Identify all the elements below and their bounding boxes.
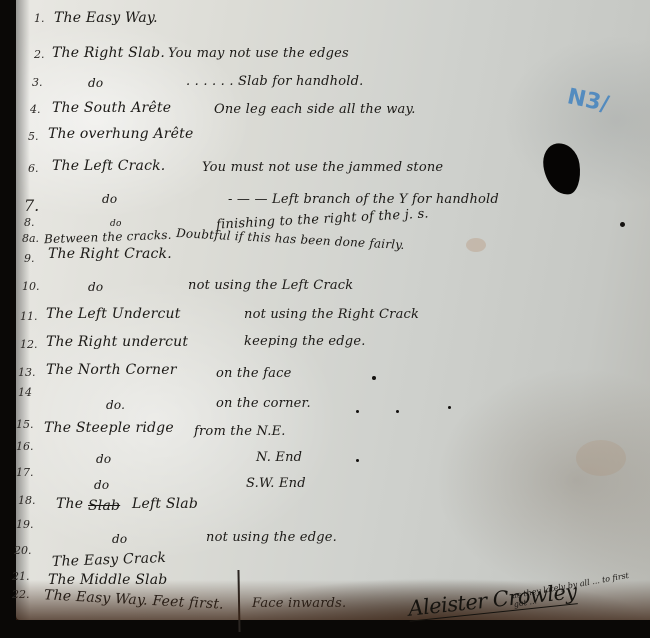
entry-name: The Right undercut (46, 334, 188, 350)
entry-name: The Middle Slab (48, 572, 167, 588)
entry-number: 1. (34, 12, 45, 25)
entry-name: The Right Crack. (48, 246, 172, 262)
blue-pencil-mark: N3/ (563, 84, 610, 128)
entry-note: N. End (256, 450, 302, 465)
entry-name: The South Arête (52, 100, 171, 116)
ink-dot (372, 376, 376, 380)
entry-note: . . . . . . Slab for handhold. (186, 74, 363, 89)
ink-dot (356, 459, 359, 462)
entry-name: The overhung Arête (48, 126, 193, 142)
entry-number: 19. (16, 518, 34, 531)
entry-name: do (112, 532, 127, 546)
entry-note: Doubtful if this has been done fairly. (176, 226, 405, 252)
entry-number: 2. (34, 48, 45, 61)
ink-dot (620, 222, 625, 227)
stain (466, 238, 486, 252)
entry-number: 8a. (22, 232, 39, 245)
entry-name: The Easy Way. Feet first. (44, 587, 224, 612)
entry-number: 12. (20, 338, 38, 351)
entry-note: - — — Left branch of the Y for handhold (228, 192, 499, 207)
entry-number: 14 (18, 386, 32, 399)
entry-name: do (94, 478, 109, 492)
entry-note: on the face (216, 366, 292, 381)
entry-name: The Left Crack. (52, 158, 165, 174)
entry-note: from the N.E. (194, 424, 286, 439)
entry-struck-word: Slab (88, 498, 120, 514)
entry-note: keeping the edge. (244, 334, 366, 349)
handwritten-page: N3/ 1. The Easy Way. 2. The Right Slab. … (16, 0, 650, 620)
entry-above-note: finishing to the right of the j. s. (216, 206, 429, 232)
entry-number: 8. (24, 216, 35, 229)
entry-name: The (56, 496, 83, 512)
entry-name: do (88, 280, 103, 294)
entry-number: 5. (28, 130, 39, 143)
entry-name: do (88, 76, 103, 90)
ink-dot (448, 406, 451, 409)
entry-number: 22. (12, 588, 30, 601)
entry-name: The Easy Way. (54, 10, 158, 26)
entry-name: do. (106, 398, 125, 412)
entry-name: do (96, 452, 111, 466)
entry-note: not using the Left Crack (188, 278, 353, 293)
stain (576, 440, 626, 476)
entry-note: not using the Right Crack (244, 307, 419, 322)
entry-note: You must not use the jammed stone (202, 160, 443, 175)
entry-number: 6. (28, 162, 39, 175)
ink-dot (396, 410, 399, 413)
ink-dot (356, 410, 359, 413)
entry-number: 3. (32, 76, 43, 89)
paper-tear (237, 570, 240, 632)
entry-name: The Left Undercut (46, 306, 181, 322)
entry-note: S.W. End (246, 476, 306, 491)
entry-name: The Steeple ridge (44, 420, 174, 436)
entry-number: 4. (30, 103, 41, 116)
entry-number: 20. (14, 544, 32, 557)
entry-note: One leg each side all the way. (214, 102, 416, 117)
entry-number: 17. (16, 466, 34, 479)
entry-number: 7. (24, 196, 39, 215)
entry-name: The Easy Crack (52, 550, 167, 570)
entry-note: Face inwards. (252, 596, 346, 611)
entry-note: not using the edge. (206, 530, 337, 545)
entry-number: 18. (18, 494, 36, 507)
ink-blot (541, 141, 584, 198)
entry-number: 10. (22, 280, 40, 293)
entry-number: 21. (12, 570, 30, 583)
entry-number: 16. (16, 440, 34, 453)
entry-name: Between the cracks. (44, 228, 172, 246)
entry-name: The Right Slab. (52, 45, 165, 61)
entry-name: do (102, 192, 117, 206)
entry-number: 13. (18, 366, 36, 379)
entry-number: 11. (20, 310, 38, 323)
entry-name: The North Corner (46, 362, 177, 378)
entry-name-continued: Left Slab (132, 496, 198, 512)
entry-above-do: do (110, 219, 122, 229)
entry-note: on the corner. (216, 396, 311, 411)
entry-number: 15. (16, 418, 34, 431)
entry-note: You may not use the edges (168, 46, 349, 61)
entry-number: 9. (24, 252, 35, 265)
